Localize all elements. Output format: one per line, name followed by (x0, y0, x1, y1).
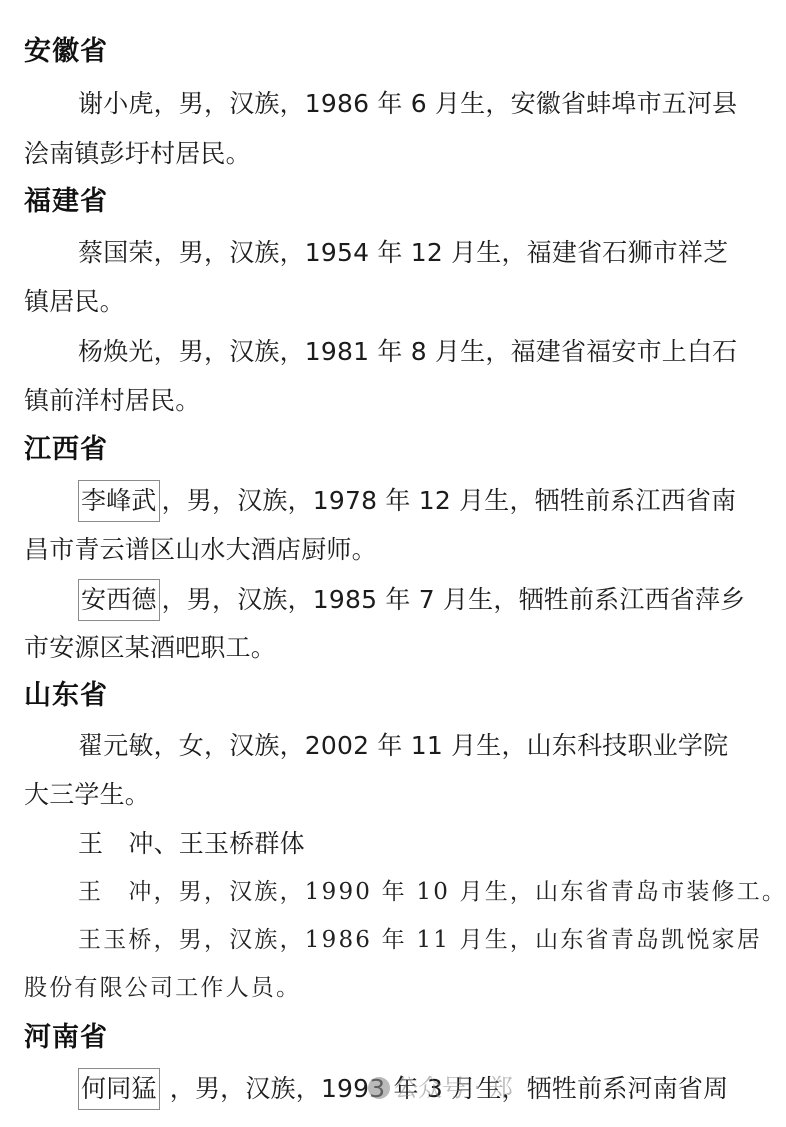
entry-line: 蔡国荣，男，汉族，1954 年 12 月生，福建省石狮市祥芝 (78, 235, 728, 271)
document-page: 安徽省 谢小虎，男，汉族，1986 年 6 月生，安徽省蚌埠市五河县 浍南镇彭圩… (0, 0, 786, 1127)
highlighted-name: 安西德 (78, 579, 160, 621)
highlighted-name: 何同猛 (78, 1068, 160, 1110)
entry-line: 大三学生。 (24, 777, 150, 813)
province-heading-anhui: 安徽省 (24, 34, 108, 70)
entry-text: ，男，汉族，1993 年 3 月生，牺牲前系河南省周 (162, 1074, 729, 1103)
entry-text: ，男，汉族，1985 年 7 月生，牺牲前系江西省萍乡 (162, 585, 746, 614)
entry-line: 市安源区某酒吧职工。 (24, 630, 276, 666)
entry-line: 镇居民。 (24, 284, 125, 320)
group-title: 王 冲、王玉桥群体 (78, 826, 305, 862)
entry-line: 昌市青云谱区山水大酒店厨师。 (24, 532, 377, 568)
entry-line: 镇前洋村居民。 (24, 383, 200, 419)
group-entry-line: 王玉桥，男，汉族，1986 年 11 月生，山东省青岛凯悦家居 (78, 922, 762, 958)
entry-line: 谢小虎，男，汉族，1986 年 6 月生，安徽省蚌埠市五河县 (78, 86, 737, 122)
group-entry-line: 股份有限公司工作人员。 (24, 970, 301, 1006)
highlighted-name: 李峰武 (78, 480, 160, 522)
province-heading-henan: 河南省 (24, 1020, 108, 1056)
province-heading-fujian: 福建省 (24, 184, 108, 220)
entry-line: 何同猛 ，男，汉族，1993 年 3 月生，牺牲前系河南省周 (78, 1068, 728, 1110)
entry-line: 李峰武，男，汉族，1978 年 12 月生，牺牲前系江西省南 (78, 480, 736, 522)
entry-line: 安西德，男，汉族，1985 年 7 月生，牺牲前系江西省萍乡 (78, 579, 745, 621)
group-entry-line: 王 冲，男，汉族，1990 年 10 月生，山东省青岛市装修工。 (78, 874, 786, 910)
entry-text: ，男，汉族，1978 年 12 月生，牺牲前系江西省南 (162, 486, 737, 515)
province-heading-jiangxi: 江西省 (24, 432, 108, 468)
province-heading-shandong: 山东省 (24, 678, 108, 714)
entry-line: 杨焕光，男，汉族，1981 年 8 月生，福建省福安市上白石 (78, 334, 737, 370)
entry-line: 翟元敏，女，汉族，2002 年 11 月生，山东科技职业学院 (78, 728, 728, 764)
entry-line: 浍南镇彭圩村居民。 (24, 136, 251, 172)
